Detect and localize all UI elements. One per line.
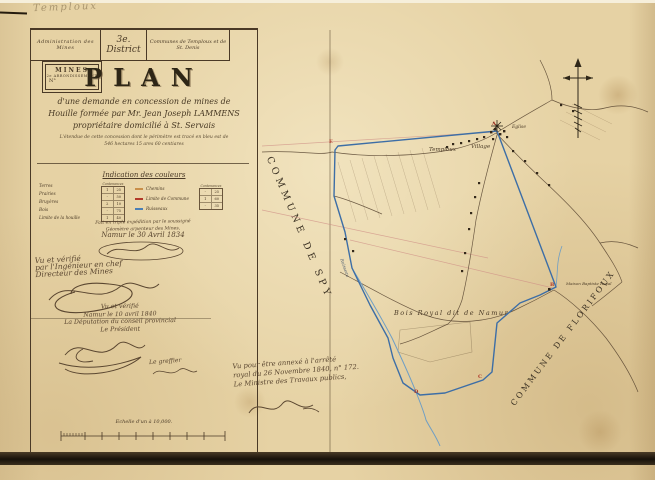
deputation-visa: Vu et vérifié Namur le 10 avril 1840 La … [55,302,186,334]
divider-rule [37,163,249,164]
temploux-label: Temploux [429,147,456,153]
commune-spy-label: COMMUNE DE SPY [264,155,334,301]
legend-item: Ruisseaux [135,204,197,214]
commune-florifoux-label: COMMUNE DE FLORIFOUX [509,269,617,408]
extent-note-line-1: L'étendue de cette concession dont le pé… [31,134,257,141]
roads [262,60,648,392]
bois-royal-label: Bois Royal dit de Namur [394,309,509,317]
header-cell-communes: Communes de Temploux et de St. Denis [147,30,229,60]
legend-item: Chemins [135,184,197,194]
pencil-annotation: Temploux [33,1,98,14]
cartouche-panel: Administration des Mines 3e. District Co… [30,28,258,453]
header-cell-administration: Administration des Mines [31,30,101,60]
subtitle-line-1: d'une demande en concession de mines de [31,96,257,108]
sheet-bottom-edge [0,452,655,465]
village-label: Village [471,144,490,150]
president-signature-flourish [53,335,153,375]
streams [352,246,562,446]
plan-subtitle: d'une demande en concession de mines de … [31,96,257,132]
legend-title: Indication des couleurs [31,171,257,179]
header-cell-district: 3e. District [101,30,147,60]
legend-table-caption: Contenances [101,182,125,186]
subtitle-line-2: Houille formée par Mr. Jean Joseph LAMME… [31,108,257,120]
boundary-point-label: D [414,389,418,395]
legend-item: Prairies [39,190,99,198]
sheet-edge-mark [0,12,27,15]
houses [344,104,574,291]
boundary-point-label: B [550,282,554,288]
bois-outline [398,322,472,362]
boundary-point-label: E [329,139,333,145]
legend-item: Limite de Commune [135,194,197,204]
ruisseau-color-swatch [135,208,143,210]
eglise-label: Eglise [512,125,526,130]
extent-note: L'étendue de cette concession dont le pé… [31,134,257,148]
boundary-point-label: C [478,374,482,380]
legend-item: Terres [39,182,99,190]
north-arrow-icon [563,58,593,138]
legend-left-list: Terres Prairies Bruyères Bois Limite de … [39,182,99,222]
extent-note-line-2: 546 hectares 15 ares 60 centiares [31,141,257,148]
map-sheet: Temploux Administration des Mines 3e. Di… [0,0,655,480]
chemin-color-swatch [135,188,143,190]
legend-table-caption: Contenances [199,184,223,188]
maison-label: Maison Baptiste Royal [566,281,611,286]
ruisseau-label: Ruisseau [339,258,350,278]
legend-right-list: Chemins Limite de Commune Ruisseaux [135,184,197,214]
scale-bar [59,428,227,442]
survey-lines [262,132,553,288]
legend-table-2: Contenances -25 160 -35 [199,184,223,210]
parcel-hatching [338,104,612,222]
boundary-point-label: A [492,121,496,127]
legend-table-1: Contenances 125 -50 210 -75 140 [101,182,125,222]
header-table: Administration des Mines 3e. District Co… [31,30,230,61]
legend-item: Bruyères [39,198,99,206]
limite-color-swatch [135,198,143,200]
scale-caption: Echelle d'un à 10,000. [31,419,257,425]
greffier-signature-flourish [149,364,199,380]
sheet-top-edge [0,0,655,3]
minister-signature-flourish [243,395,323,423]
legend-item: Bois [39,206,99,214]
subtitle-line-3: propriétaire domicilié à St. Servais [31,120,257,132]
plan-title: PLAN [31,63,257,92]
concession-boundary [334,131,556,395]
